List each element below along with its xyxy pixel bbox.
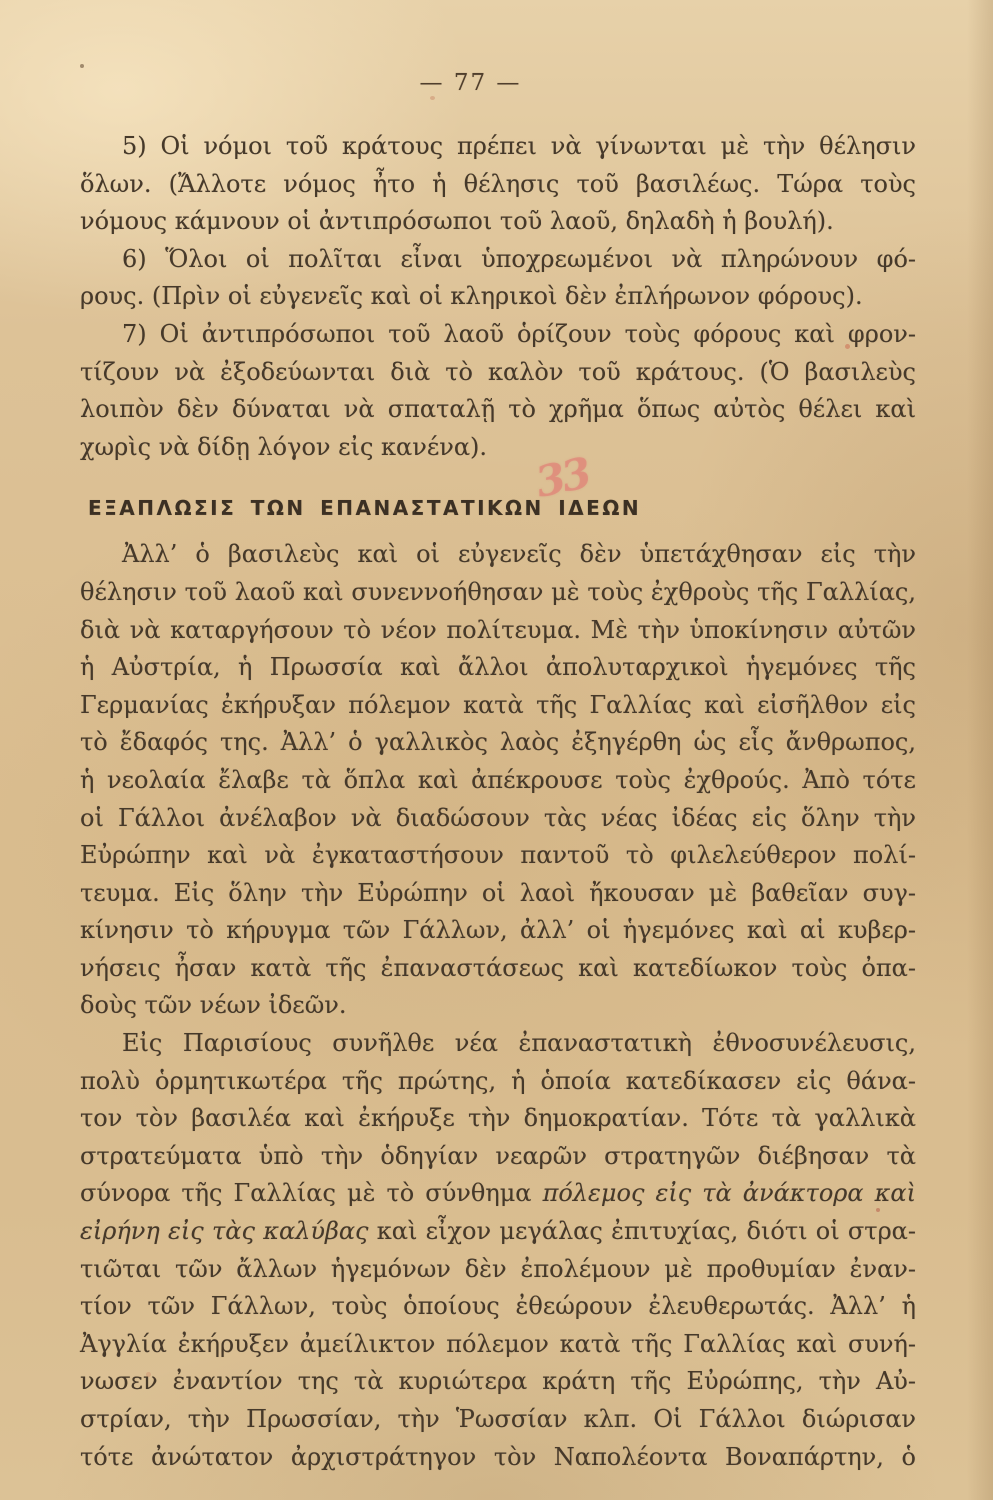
text-line: ἡ Αὐστρία, ἡ Πρωσσία καὶ ἄλλοι ἀπολυταρχ… xyxy=(80,649,916,687)
paper-speck xyxy=(430,96,435,100)
text-line: λοιπὸν δὲν δύναται νὰ σπαταλῇ τὸ χρῆμα ὅ… xyxy=(80,391,916,429)
section-heading: ΕΞΑΠΛΩΣΙΣ ΤΩΝ ΕΠΑΝΑΣΤΑΤΙΚΩΝ ΙΔΕΩΝ 33 xyxy=(88,493,916,523)
text-line: Εἰς Παρισίους συνῆλθε νέα ἐπαναστατικὴ ἐ… xyxy=(80,1025,916,1063)
text-line: οἱ Γάλλοι ἀνέλαβον νὰ διαδώσουν τὰς νέας… xyxy=(80,800,916,838)
scanned-book-page: — 77 — 5) Οἱ νόμοι τοῦ κράτους πρέπει νὰ… xyxy=(0,0,993,1500)
text-line: δοὺς τῶν νέων ἰδεῶν. xyxy=(80,987,916,1025)
text-line: τίον τῶν Γάλλων, τοὺς ὁποίους ἐθεώρουν ἐ… xyxy=(80,1288,916,1326)
text-line: 7) Οἱ ἀντιπρόσωποι τοῦ λαοῦ ὁρίζουν τοὺς… xyxy=(80,316,916,354)
text-line: τευμα. Εἰς ὅλην τὴν Εὐρώπην οἱ λαοὶ ἤκου… xyxy=(80,875,916,913)
text-line: πολὺ ὁρμητικωτέρα τῆς πρώτης, ἡ ὁποία κα… xyxy=(80,1063,916,1101)
text-line: Εὐρώπην καὶ νὰ ἐγκαταστήσουν παντοῦ τὸ φ… xyxy=(80,837,916,875)
numbered-item-5: 5) Οἱ νόμοι τοῦ κράτους πρέπει νὰ γίνωντ… xyxy=(80,128,916,241)
text-line: ὅλων. (Ἄλλοτε νόμος ἦτο ἡ θέλησις τοῦ βα… xyxy=(80,166,916,204)
text-line: νωσεν ἐναντίον της τὰ κυριώτερα κράτη τῆ… xyxy=(80,1363,916,1401)
text-line: διὰ νὰ καταργήσουν τὸ νέον πολίτευμα. Μὲ… xyxy=(80,612,916,650)
text-line: Ἀλλ’ ὁ βασιλεὺς καὶ οἱ εὐγενεῖς δὲν ὑπετ… xyxy=(80,536,916,574)
text-line: ἡ νεολαία ἔλαβε τὰ ὅπλα καὶ ἀπέκρουσε το… xyxy=(80,762,916,800)
text-line: τότε ἀνώτατον ἀρχιστράτηγον τὸν Ναπολέον… xyxy=(80,1439,916,1477)
text-line: ρους. (Πρὶν οἱ εὐγενεῖς καὶ οἱ κληρικοὶ … xyxy=(80,278,916,316)
slogan-italic: πόλεμος εἰς τὰ ἀνάκτορα καὶ xyxy=(543,1179,916,1207)
page-number: — 77 — xyxy=(0,70,967,96)
numbered-item-7: 7) Οἱ ἀντιπρόσωποι τοῦ λαοῦ ὁρίζουν τοὺς… xyxy=(80,316,916,466)
text-line: στρατεύματα ὑπὸ τὴν ὁδηγίαν νεαρῶν στρατ… xyxy=(80,1138,916,1176)
text-line: 6) Ὅλοι οἱ πολῖται εἶναι ὑποχρεωμένοι νὰ… xyxy=(80,241,916,279)
red-pencil-mark: 33 xyxy=(533,458,591,498)
text-line: σύνορα τῆς Γαλλίας μὲ τὸ σύνθημα πόλεμος… xyxy=(80,1175,916,1213)
text-line: εἰρήνη εἰς τὰς καλύβας καὶ εἶχον μεγάλας… xyxy=(80,1213,916,1251)
text-line: τιῶται τῶν ἄλλων ἡγεμόνων δὲν ἐπολέμουν … xyxy=(80,1251,916,1289)
slogan-italic: εἰρήνη εἰς τὰς καλύβας xyxy=(80,1217,369,1245)
paper-speck xyxy=(80,64,84,68)
text-line: στρίαν, τὴν Πρωσσίαν, τὴν Ῥωσσίαν κλπ. Ο… xyxy=(80,1401,916,1439)
numbered-item-6: 6) Ὅλοι οἱ πολῖται εἶναι ὑποχρεωμένοι νὰ… xyxy=(80,241,916,316)
text-line: χωρὶς νὰ δίδῃ λόγον εἰς κανένα). xyxy=(80,429,916,467)
slogan-prefix: σύνορα τῆς Γαλλίας μὲ τὸ σύνθημα xyxy=(80,1179,543,1207)
text-line: τὸ ἔδαφός της. Ἀλλ’ ὁ γαλλικὸς λαὸς ἐξηγ… xyxy=(80,724,916,762)
text-line: Ἀγγλία ἐκήρυξεν ἀμείλικτον πόλεμον κατὰ … xyxy=(80,1326,916,1364)
text-line: κίνησιν τὸ κήρυγμα τῶν Γάλλων, ἀλλ’ οἱ ἡ… xyxy=(80,912,916,950)
text-line: νήσεις ἦσαν κατὰ τῆς ἐπαναστάσεως καὶ κα… xyxy=(80,950,916,988)
text-line: νόμους κάμνουν οἱ ἀντιπρόσωποι τοῦ λαοῦ,… xyxy=(80,203,916,241)
text-line: τίζουν νὰ ἐξοδεύωνται διὰ τὸ καλὸν τοῦ κ… xyxy=(80,354,916,392)
slogan-suffix: καὶ εἶχον μεγάλας ἐπιτυχίας, διότι οἱ στ… xyxy=(369,1217,917,1245)
text-line: τον τὸν βασιλέα καὶ ἐκήρυξε τὴν δημοκρατ… xyxy=(80,1100,916,1138)
text-block: 5) Οἱ νόμοι τοῦ κράτους πρέπει νὰ γίνωντ… xyxy=(80,128,916,1476)
text-line: θέλησιν τοῦ λαοῦ καὶ συνεννοήθησαν μὲ το… xyxy=(80,574,916,612)
text-line: 5) Οἱ νόμοι τοῦ κράτους πρέπει νὰ γίνωντ… xyxy=(80,128,916,166)
paragraph-revolutionary-ideas: Ἀλλ’ ὁ βασιλεὺς καὶ οἱ εὐγενεῖς δὲν ὑπετ… xyxy=(80,536,916,1025)
text-line: Γερμανίας ἐκήρυξαν πόλεμον κατὰ τῆς Γαλλ… xyxy=(80,687,916,725)
paragraph-paris-assembly: Εἰς Παρισίους συνῆλθε νέα ἐπαναστατικὴ ἐ… xyxy=(80,1025,916,1476)
